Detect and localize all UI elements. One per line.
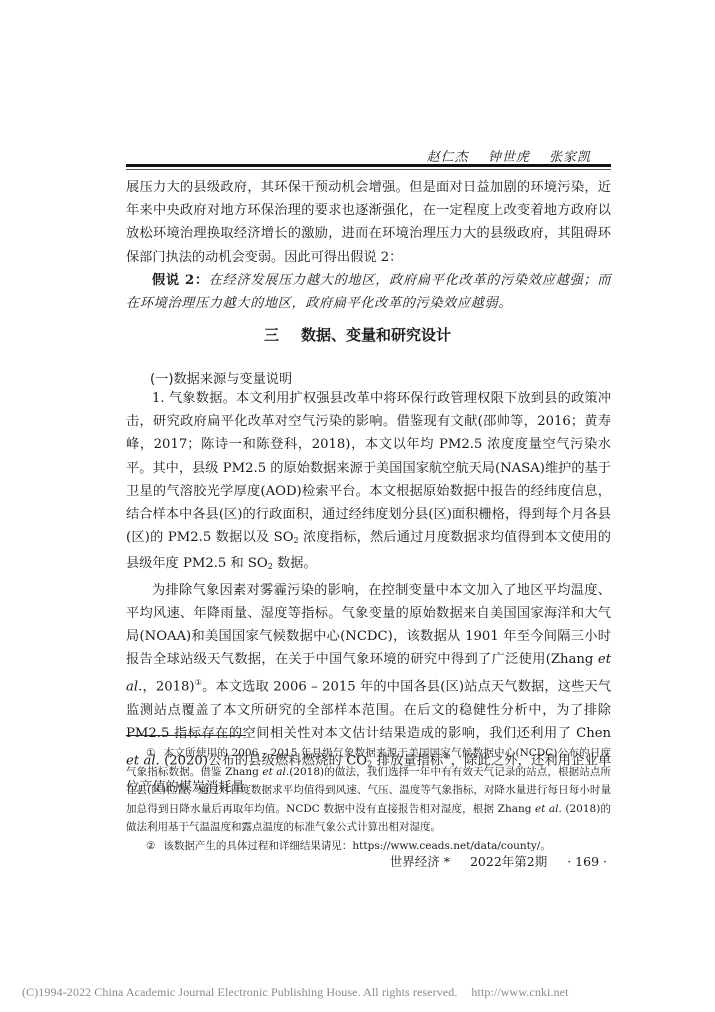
header-rule-thick <box>126 164 611 167</box>
paper-page: 赵仁杰 钟世虎 张家凯 展压力大的县级政府，其环保干预动机会增强。但是面对日益加… <box>0 0 715 1012</box>
author-name: 赵仁杰 <box>427 150 469 165</box>
copyright-line: (C)1994-2022 China Academic Journal Elec… <box>22 985 569 1000</box>
subsection-heading: (一)数据来源与变量说明 <box>150 368 292 387</box>
author-name: 张家凯 <box>549 150 591 165</box>
et-al: et al. <box>262 766 289 778</box>
et-al: et al. <box>535 803 562 815</box>
text-run: 。本文选取 2006 – 2015 年的中国各县(区)站点天气数据，这些天气监测… <box>126 680 611 741</box>
cnki-link[interactable]: http://www.cnki.net <box>471 985 568 999</box>
section-title: 数据、变量和研究设计 <box>301 326 451 344</box>
footnote-1: ①本文所使用的 2006 – 2015 年县级气象数据来源于美国国家气候数据中心… <box>126 744 611 837</box>
hypothesis-2: 假说 2：在经济发展压力越大的地区，政府扁平化改革的污染效应越强；而在环境治理压… <box>126 269 611 315</box>
text-run: 数据。 <box>273 556 317 571</box>
issue-label: 2022年第2期 <box>470 854 547 869</box>
footnote-mark: ② <box>146 840 155 852</box>
footnote-separator <box>126 735 246 736</box>
hypothesis-label: 假说 2： <box>152 273 209 288</box>
text-run: ，2018) <box>142 680 194 695</box>
running-header-authors: 赵仁杰 钟世虎 张家凯 <box>413 146 591 165</box>
footnote-ref-1[interactable]: ① <box>195 678 203 687</box>
footnotes: ①本文所使用的 2006 – 2015 年县级气象数据来源于美国国家气候数据中心… <box>126 744 611 855</box>
paragraph-continuation: 展压力大的县级政府，其环保干预动机会增强。但是面对日益加剧的环境污染，近年来中央… <box>126 176 611 269</box>
copyright-text: (C)1994-2022 China Academic Journal Elec… <box>22 985 457 999</box>
section-heading: 三数据、变量和研究设计 <box>0 324 715 345</box>
main-text: 1. 气象数据。本文利用扩权强县改革中将环保行政管理权限下放到县的政策冲击，研究… <box>126 387 611 799</box>
section-number: 三 <box>264 326 279 344</box>
author-name: 钟世虎 <box>488 150 530 165</box>
hypothesis-block: 展压力大的县级政府，其环保干预动机会增强。但是面对日益加剧的环境污染，近年来中央… <box>126 176 611 315</box>
footnote-text[interactable]: 该数据产生的具体过程和详细结果请见：https://www.ceads.net/… <box>163 840 550 852</box>
page-number: · 169 · <box>567 854 607 869</box>
page-footer: 世界经济 * 2022年第2期 · 169 · <box>374 852 607 870</box>
footnote-mark: ① <box>146 747 156 759</box>
text-run: 为排除气象因素对雾霾污染的影响，在控制变量中本文加入了地区平均温度、平均风速、年… <box>126 583 611 668</box>
paragraph-meteorological-data: 1. 气象数据。本文利用扩权强县改革中将环保行政管理权限下放到县的政策冲击，研究… <box>126 387 611 579</box>
text-run: 1. 气象数据。本文利用扩权强县改革中将环保行政管理权限下放到县的政策冲击，研究… <box>126 391 611 545</box>
journal-name: 世界经济 * <box>390 854 450 869</box>
header-rule-thin <box>126 169 611 170</box>
